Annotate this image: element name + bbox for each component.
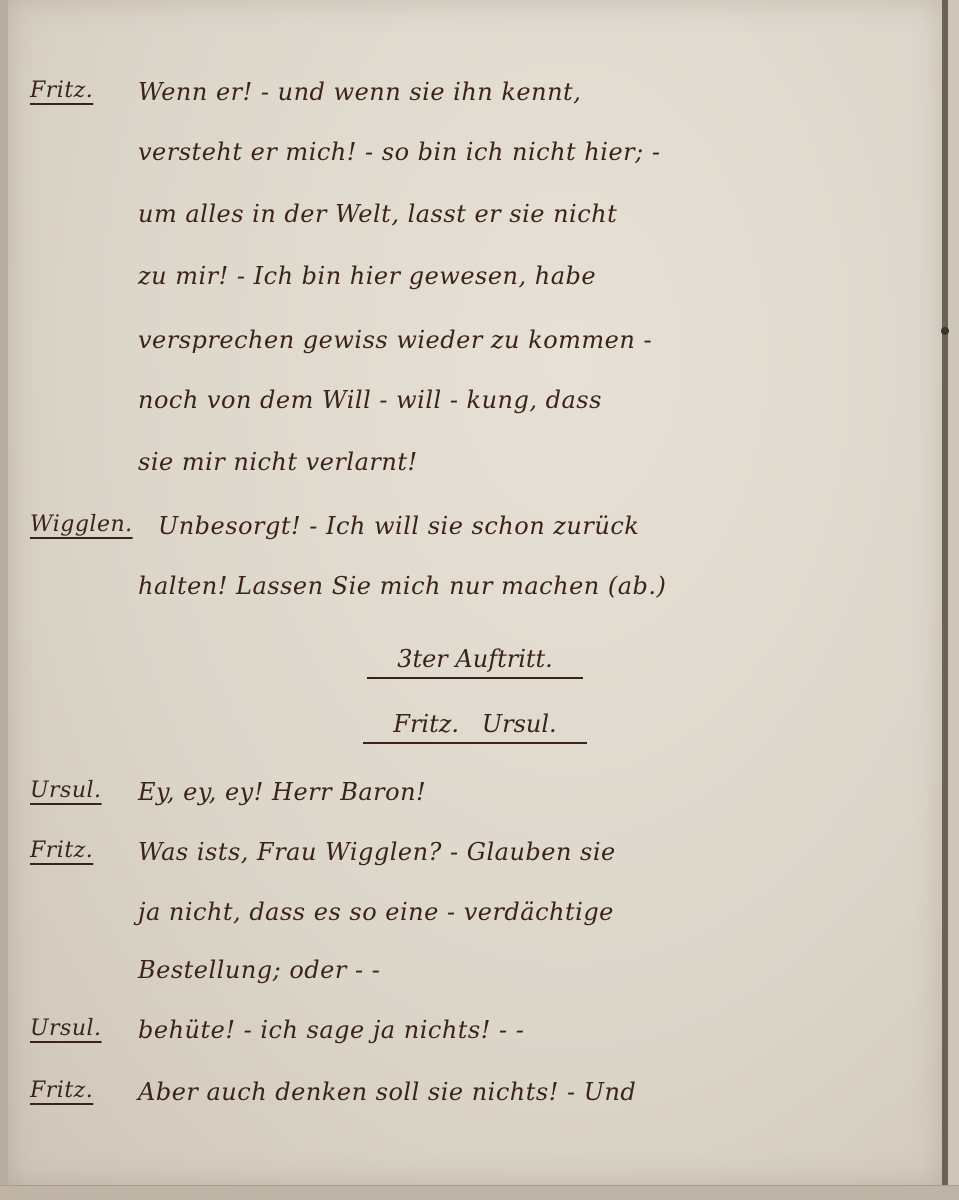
manuscript-page: Fritz. Wenn er! - und wenn sie ihn kennt…: [8, 0, 942, 1185]
speaker-name: Fritz.: [30, 838, 93, 863]
line-text: Aber auch denken soll sie nichts! - Und: [138, 1078, 636, 1106]
line-text: zu mir! - Ich bin hier gewesen, habe: [138, 262, 596, 290]
manuscript-line: Fritz. Aber auch denken soll sie nichts!…: [8, 1078, 942, 1118]
speaker-name: Fritz.: [30, 1078, 93, 1103]
line-text: noch von dem Will - will - kung, dass: [138, 386, 602, 414]
speaker-name: Wigglen.: [30, 512, 133, 537]
manuscript-line: versteht er mich! - so bin ich nicht hie…: [8, 138, 942, 178]
line-text: versprechen gewiss wieder zu kommen -: [138, 326, 652, 354]
line-text: versteht er mich! - so bin ich nicht hie…: [138, 138, 660, 166]
line-text: Was ists, Frau Wigglen? - Glauben sie: [138, 838, 616, 866]
page-left-edge: [0, 0, 8, 1200]
line-text: ja nicht, dass es so eine - verdächtige: [138, 898, 614, 926]
manuscript-line: Fritz. Was ists, Frau Wigglen? - Glauben…: [8, 838, 942, 878]
manuscript-line: versprechen gewiss wieder zu kommen -: [8, 326, 942, 366]
line-text: halten! Lassen Sie mich nur machen (ab.): [138, 572, 666, 600]
speaker-name: Ursul.: [30, 1016, 102, 1041]
manuscript-line: ja nicht, dass es so eine - verdächtige: [8, 898, 942, 938]
line-text: Bestellung; oder - -: [138, 956, 380, 984]
next-page-edge: [948, 0, 959, 1200]
speaker-name: Ursul.: [30, 778, 102, 803]
manuscript-line: um alles in der Welt, lasst er sie nicht: [8, 200, 942, 240]
line-text: Ey, ey, ey! Herr Baron!: [138, 778, 426, 806]
line-text: Wenn er! - und wenn sie ihn kennt,: [138, 78, 581, 106]
manuscript-line: Wigglen. Unbesorgt! - Ich will sie schon…: [8, 512, 942, 552]
manuscript-line: halten! Lassen Sie mich nur machen (ab.): [8, 572, 942, 612]
line-text: Unbesorgt! - Ich will sie schon zurück: [158, 512, 639, 540]
manuscript-line: zu mir! - Ich bin hier gewesen, habe: [8, 262, 942, 302]
manuscript-line: sie mir nicht verlarnt!: [8, 448, 942, 488]
manuscript-line: noch von dem Will - will - kung, dass: [8, 386, 942, 426]
speaker-name: Fritz.: [30, 78, 93, 103]
manuscript-line: Ursul. behüte! - ich sage ja nichts! - -: [8, 1016, 942, 1056]
page-bottom-edge: [0, 1185, 959, 1200]
scene-heading: 3ter Auftritt.: [8, 645, 942, 679]
line-text: sie mir nicht verlarnt!: [138, 448, 418, 476]
line-text: behüte! - ich sage ja nichts! - -: [138, 1016, 524, 1044]
manuscript-line: Fritz. Wenn er! - und wenn sie ihn kennt…: [8, 78, 942, 118]
line-text: um alles in der Welt, lasst er sie nicht: [138, 200, 617, 228]
manuscript-line: Bestellung; oder - -: [8, 956, 942, 996]
scene-characters: Fritz. Ursul.: [8, 710, 942, 744]
binding-stitch-icon: [941, 327, 949, 335]
manuscript-line: Ursul. Ey, ey, ey! Herr Baron!: [8, 778, 942, 818]
